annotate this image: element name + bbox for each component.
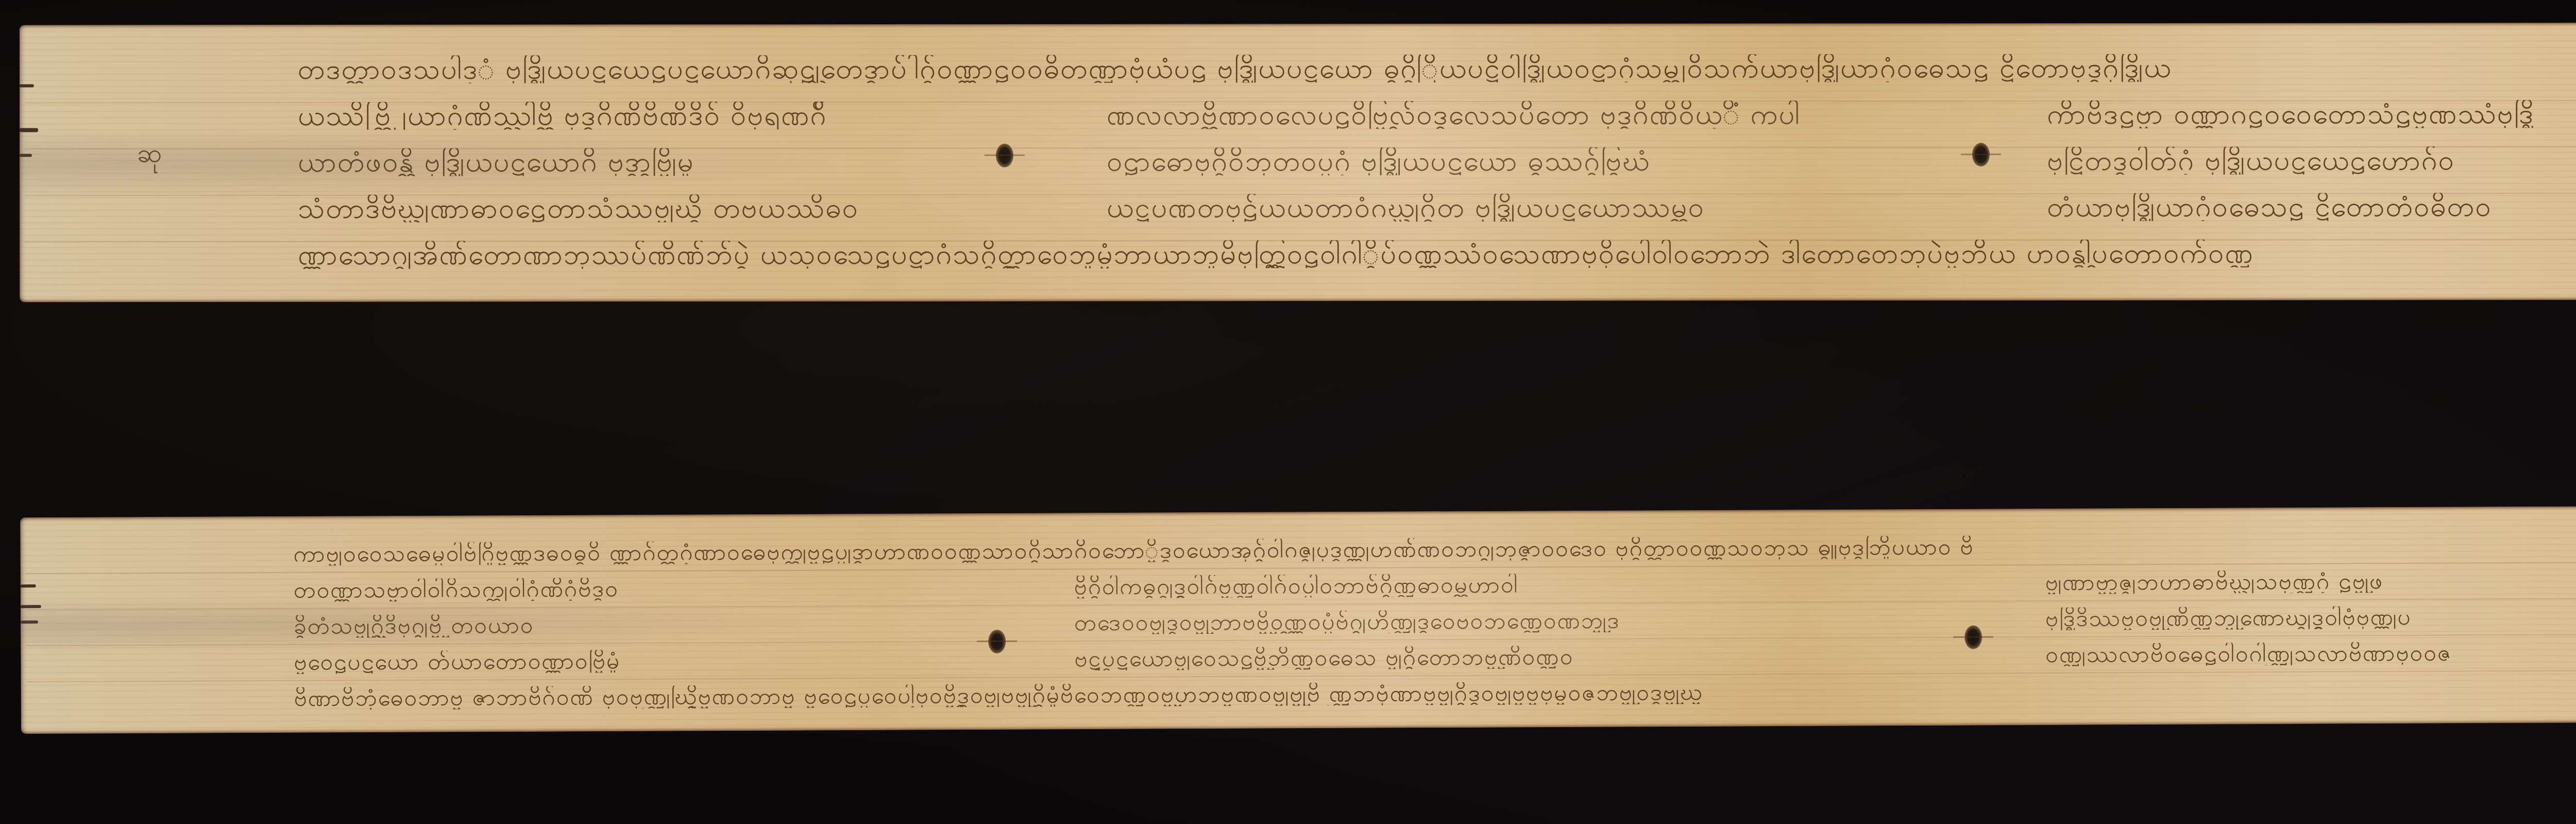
text-line-5: ဗိဏာဗိဘုံဓေဝဘာဗ္ဗ ဇာဘာဗိဂ်ဝဏိ ဗုဝဗုဏ္ဍ္ဍ…: [294, 677, 2576, 710]
leaf-margin-number: ဆု: [137, 137, 162, 175]
text-line-3-block-middle: ဝဋ္ဍ္ဍာဓောဗုဂ္ဂိဝိဘုတဝပ္ပဂံ့ ဗုဒ္ဓြိုယပဋ…: [1107, 147, 1921, 175]
palm-leaf-1: ဆု တဒတ္တာဝဒသပါဒ့ံ ဗုဒ္ဓြိုယပဋ္ဌယေဋပဋ္ဌယေ…: [20, 23, 2576, 302]
binding-hole: [988, 630, 1006, 653]
text-line-4-block-left: သံတာဒိဗိဃ္ဃုဏာဓာဝဠေတာသံဿဗ္ဗုဃ္ဂိ တဗယဿိဓဝ: [298, 194, 947, 223]
text-line-3-block-right: ဗုဋ္ဌြိတဒ္ဓဝါတ်ဂံ့ ဗုဒ္ဓြိုယပဋ္ဌယေဋဟောဂ်…: [2047, 146, 2576, 175]
edge-damage: [21, 584, 36, 587]
text-line-1: တဒတ္တာဝဒသပါဒ့ံ ဗုဒ္ဓြိုယပဋ္ဌယေဋပဋ္ဌယောဂိ…: [298, 54, 2576, 83]
text-line-2-block-middle: ဏလလာဗ္ဘိဏာဝလေပဋဝိဗ္ဗြွလ်ဝဒ္ဓလေသပိတော ဗုဒ…: [1107, 100, 1890, 129]
edge-damage: [21, 605, 41, 608]
binding-hole: [996, 144, 1013, 167]
text-line-3-block-middle: တဒေဝဝဗ္ဗုဒ္ဓဝဗ္ဗ္ဗုဘာဗဗ္ဗ္ဗ္ဂိဝဏ္ဏဝပ္ပံဗ…: [1074, 608, 1878, 634]
text-line-2-block-right: ဗ္ဗုဏာဗ္ဗ္ဗာဇ္ဇုဘဟာဓာဗိဃ္ဃုသဗုဏ္ဍ္ဍဂံ့ ဋ…: [2045, 569, 2576, 594]
text-line-4-block-middle: ဗဋ္ဋ္ဌပဋ္ဌယောဗ္ဗုဝေသဋဗ္ဗ္ဗိဘိဏ္ဍဝဓေသ ဗ္ဗ…: [1074, 644, 1883, 670]
text-line-2-block-left: ယဿိဗ္ဘြိုယာဂံ့ဏိဿ္သါဗ္ဘိ ဗုဒ္ဓဂိဏိဗိဏိဒိ…: [298, 102, 890, 130]
edge-damage: [20, 84, 34, 87]
edge-damage: [20, 154, 32, 157]
text-line-2-block-left: တဝဏ္ဏာသဗ္ဗာဝါဝါဂိသက္ကုဝါဂံ့ဏိဂံ့ဗိဒ္ဓဝ: [294, 577, 902, 602]
text-line-4-block-right: ဝဏ္ဍုဿလာဗိဝဓေဋဝါဝဂါဏ္ဍ္ဍုသလာဗိဏာဗုဝဝဇ: [2045, 641, 2576, 666]
edge-damage: [20, 128, 38, 132]
text-line-5: ဏ္ဏာသောဂ္ဂုအိဏ်တောဏာဘုဿပ်ဏိဏ်ဘ်ပွဲ ယသုဝသ…: [298, 239, 2576, 269]
text-line-3-block-left: ခ္ဂိတံသဗ္ဗ္ဗ္ဗုဂ္ဂိ့ဒိဗုဂ္ဂုဗ္ဗ္ဗိ တဝယာဝ: [294, 613, 902, 638]
binding-hole: [1972, 143, 1990, 166]
text-line-2-block-right: ကိာဗိဒဋဗ္ဗာ ဝဏ္ဏာဂဋဝဝေတောသံဋဗ္ဗဏဿံဗုဒ္ဓြ…: [2047, 100, 2576, 128]
text-line-4-block-right: တံယာဗုဒ္ဓြိုယာဂံ့ဝဓေသဋ ဋ္ဌိတောတံဝဓိတဝ: [2047, 193, 2576, 221]
palm-leaf-2: ကာဗ္ဗုဝဝေသဓေမ္မဝါဗ်ဂြိုဗ္ဗဏ္ဏဒဓဝဓ္ဓဝိ ဏ္…: [20, 505, 2576, 734]
edge-damage: [21, 620, 38, 624]
text-line-1: ကာဗ္ဗုဝဝေသဓေမ္မဝါဗ်ဂြိုဗ္ဗဏ္ဏဒဓဝဓ္ဓဝိ ဏ္…: [293, 533, 2576, 566]
text-line-3-block-right: ဗုဒ္ဓြိဒိဿဗ္ဗဝဗ္ဗ္ဗုဏိဏ္ဍ္ဍဘ္ဗ္ဗုဏောဃ္ဂ္…: [2045, 605, 2576, 630]
text-line-4-block-left: ဗ္ဗဝေဋပဋ္ဌယော တ်ယာတောဝဏ္ဏာဝဗ္ဗြိမှုံ: [294, 649, 891, 674]
text-line-3-block-left: ယာတံဖဝန္တိ ဗုဒ္ဓြိုယပဋ္ဌယောဂိ ဗုဒ္ဓ္ဓာဗ္…: [298, 148, 947, 176]
text-line-2-block-middle: ဗ္ဗိဂ္ဂိဝါကဓ္ဓဂ္ဂ္ဂုဒ္ဓဝါဂ်ဗ္ဗဏ္ဍ္ဍဝါဂ်ဝ…: [1074, 573, 1857, 599]
binding-hole: [1964, 626, 1982, 649]
text-line-4-block-middle: ယဋ္ဋပဏတဗုဋ်ယယတာဝံဂဃ္ဃုဂ္ဂိတ ဗုဒ္ဓြိုယပဋ္…: [1107, 193, 1941, 222]
